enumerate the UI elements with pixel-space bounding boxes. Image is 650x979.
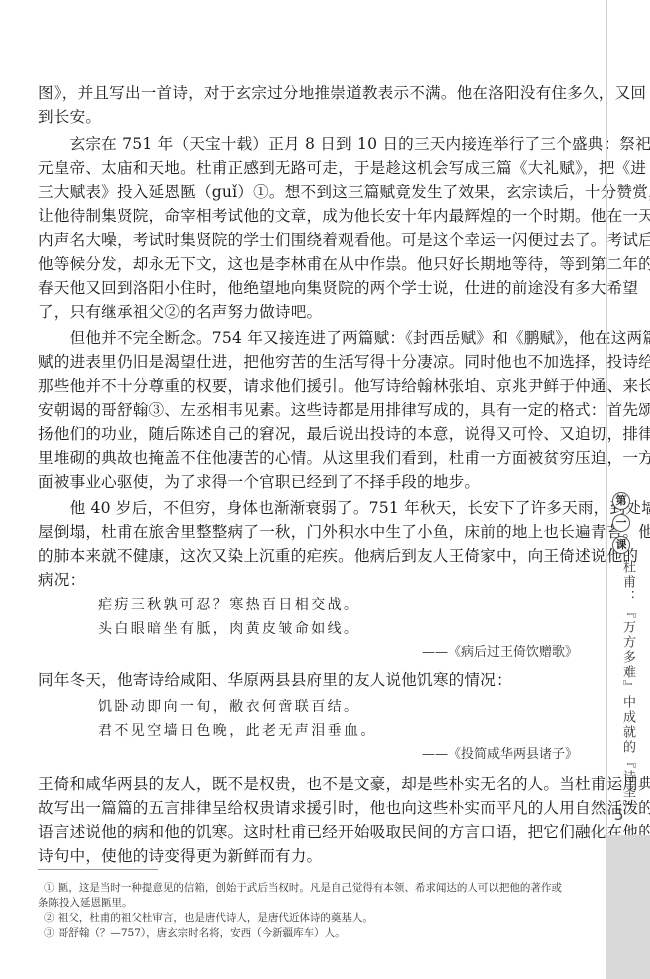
page-number: 5 <box>614 806 624 824</box>
body-line: 内声名大噪，考试时集贤院的学士们围绕着观看他。可是这个幸运一闪便过去了。考试后 <box>38 230 650 250</box>
body-line: 了，只有继承祖父②的名声努力做诗吧。 <box>38 302 322 322</box>
body-line: 但他并不完全断念。754 年又接连进了两篇赋：《封西岳赋》和《鹏赋》，他在这两篇 <box>38 328 650 348</box>
poem-source: ——《投简咸华两县诸子》 <box>422 746 578 764</box>
footnote: ② 祖父，杜甫的祖父杜审言，也是唐代诗人，是唐代近体诗的奠基人。 <box>44 911 373 925</box>
body-line: 里堆砌的典故也掩盖不住他凄苦的心情。从这里我们看到，杜甫一方面被贫穷压迫，一方 <box>38 448 650 468</box>
body-line: 那些他并不十分尊重的权要，请求他们援引。他写诗给翰林张垍、京兆尹鲜于仲通、来长 <box>38 376 650 396</box>
body-line: 图》，并且写出一首诗，对于玄宗过分地推崇道教表示不满。他在洛阳没有住多久，又回 <box>38 83 646 103</box>
poem-line: 饥卧动即向一旬，敝衣何啻联百结。 <box>98 698 360 716</box>
body-line: 玄宗在 751 年（天宝十载）正月 8 日到 10 日的三天内接连举行了三个盛典… <box>38 134 650 154</box>
body-line: 元皇帝、太庙和天地。杜甫正感到无路可走，于是趁这机会写成三篇《大礼赋》，把《进 <box>38 158 646 178</box>
body-line: 让他待制集贤院，命宰相考试他的文章，成为他长安十年内最辉煌的一个时期。他在一天 <box>38 206 650 226</box>
poem-line: 头白眼暗坐有胝，肉黄皮皱命如线。 <box>98 620 360 638</box>
body-line: 屋倒塌，杜甫在旅舍里整整病了一秋，门外积水中生了小鱼，床前的地上也长遍青苔。他 <box>38 522 650 542</box>
body-line: 他等候分发，却永无下文，这也是李林甫在从中作祟。他只好长期地等待，等到第二年的 <box>38 254 650 274</box>
body-line: 安朝谒的哥舒翰③、左丞相韦见素。这些诗都是用排律写成的，具有一定的格式：首先颂 <box>38 400 650 420</box>
textbook-page: 图》，并且写出一首诗，对于玄宗过分地推崇道教表示不满。他在洛阳没有住多久，又回 … <box>0 0 650 979</box>
lesson-badge-char: 第 <box>612 492 630 510</box>
body-line: 王倚和咸华两县的友人，既不是权贵，也不是文豪，却是些朴实无名的人。当杜甫运用典 <box>38 774 650 794</box>
body-line: 病况： <box>38 570 85 590</box>
poem-line: 疟疠三秋孰可忍？寒热百日相交战。 <box>98 596 360 614</box>
footnote: ① 匦，这是当时一种提意见的信箱，创始于武后当权时。凡是自己觉得有本领、希求闻达… <box>44 881 562 895</box>
body-line: 同年冬天，他寄诗给咸阳、华原两县县府里的友人说他饥寒的情况： <box>38 670 512 690</box>
footnote: 条陈投入延恩匦里。 <box>38 896 133 910</box>
body-line: 春天他又回到洛阳小住时，他绝望地向集贤院的两个学士说，仕进的前途没有多大希望 <box>38 278 638 298</box>
body-line: 到长安。 <box>38 107 101 127</box>
body-line: 扬他们的功业，随后陈述自己的窘况，最后说出投诗的本意，说得又可怜、又迫切，排律 <box>38 424 650 444</box>
chapter-title: 杜甫：『万方多难』中成就的『诗圣』 <box>619 560 635 815</box>
body-line: 语言述说他的病和他的饥寒。这时杜甫已经开始吸取民间的方言口语，把它们融化在他的 <box>38 822 650 842</box>
lesson-badge-char: 一 <box>612 514 630 532</box>
body-line: 赋的进表里仍旧是渴望仕进，把他穷苦的生活写得十分凄凉。同时他也不加选择，投诗给 <box>38 352 650 372</box>
body-line: 故写出一篇篇的五言排律呈给权贵请求援引时，他也向这些朴实而平凡的人用自然活泼的 <box>38 798 650 818</box>
sidebar-shade <box>606 835 650 979</box>
sidebar-divider <box>606 0 607 835</box>
body-line: 他 40 岁后，不但穷，身体也渐渐衰弱了。751 年秋天，长安下了许多天雨，到处… <box>38 498 650 518</box>
poem-source: ——《病后过王倚饮赠歌》 <box>422 644 578 662</box>
poem-line: 君不见空墙日色晚，此老无声泪垂血。 <box>98 722 377 740</box>
lesson-badge-char: 课 <box>612 536 630 554</box>
body-line: 三大赋表》投入延恩匦（guǐ）①。想不到这三篇赋竟发生了效果，玄宗读后，十分赞赏… <box>38 182 650 202</box>
footnote: ③ 哥舒翰（？—757），唐玄宗时名将，安西（今新疆库车）人。 <box>44 926 346 940</box>
footnote-divider <box>38 869 158 870</box>
body-line: 诗句中，使他的诗变得更为新鲜而有力。 <box>38 846 322 866</box>
body-line: 面被事业心驱使，为了求得一个官职已经到了不择手段的地步。 <box>38 472 480 492</box>
body-line: 的肺本来就不健康，这次又染上沉重的疟疾。他病后到友人王倚家中，向王倚述说他的 <box>38 546 638 566</box>
